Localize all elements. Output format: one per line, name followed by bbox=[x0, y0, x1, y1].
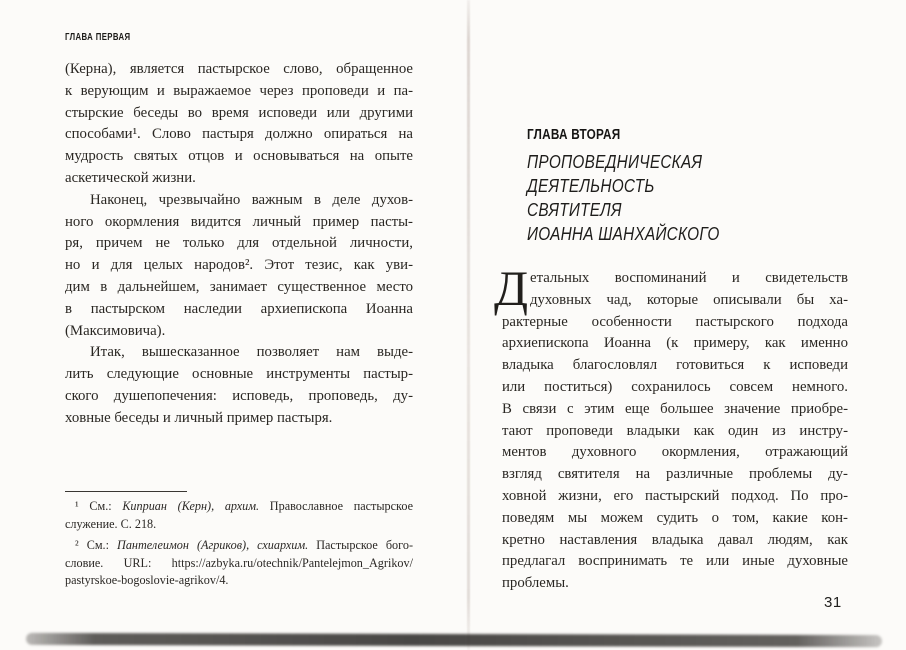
footnote-line: словие. URL: https://azbyka.ru/otechnik/… bbox=[65, 555, 413, 573]
right-page-body: Д етальных воспоминаний и свидетельствду… bbox=[502, 268, 848, 595]
footnote-text: Пастырское бого- bbox=[308, 538, 413, 552]
chapter-title: ПРОПОВЕДНИЧЕСКАЯДЕЯТЕЛЬНОСТЬСВЯТИТЕЛЯИОА… bbox=[527, 150, 848, 246]
footnote-rule bbox=[65, 491, 187, 492]
text-line: предлагал воспринимать те или иные духов… bbox=[502, 551, 848, 573]
text-line: (Максимовича). bbox=[65, 321, 413, 343]
page-gutter-shadow bbox=[467, 0, 470, 650]
chapter-label-text: ГЛАВА ВТОРАЯ bbox=[527, 126, 620, 144]
footnote-line: ² См.: Пантелеимон (Агриков), схиархим. … bbox=[65, 537, 413, 555]
text-line: аскетической жизни. bbox=[65, 168, 413, 190]
text-line: ного окормления видится личный пример па… bbox=[65, 212, 413, 234]
text-line: стырские беседы во время исповеди или др… bbox=[65, 103, 413, 125]
paragraph: Итак, вышесказанное позволяет нам выде-л… bbox=[65, 342, 413, 429]
text-line: лить следующие основные инструменты паст… bbox=[65, 364, 413, 386]
text-line: ховные беседы и личный пример пастыря. bbox=[65, 408, 413, 430]
right-page: ГЛАВА ВТОРАЯ ПРОПОВЕДНИЧЕСКАЯДЕЯТЕЛЬНОСТ… bbox=[502, 120, 848, 595]
left-page-body: (Керна), является пастырское слово, обра… bbox=[65, 59, 413, 430]
footnote-text: ² См.: bbox=[75, 538, 117, 552]
text-line: мудрость святых отцов и основываться на … bbox=[65, 146, 413, 168]
running-head-text: ГЛАВА ПЕРВАЯ bbox=[65, 32, 131, 44]
scan-bottom-edge-shadow bbox=[26, 633, 882, 647]
footnote-line: служение. С. 218. bbox=[65, 516, 413, 534]
text-line: СВЯТИТЕЛЯ bbox=[527, 198, 793, 222]
text-line: ского душепопечения: исповедь, проповедь… bbox=[65, 386, 413, 408]
dropcap-letter: Д bbox=[494, 267, 530, 309]
text-line: духовных чад, которые описывали бы ха- bbox=[530, 290, 848, 312]
text-line: дим в дальнейшем, занимает существенное … bbox=[65, 277, 413, 299]
text-line: но и для целых народов². Этот тезис, как… bbox=[65, 255, 413, 277]
text-line: владыка благословлял готовиться к испове… bbox=[502, 355, 848, 377]
text-line: В связи с этим еще большее значение прио… bbox=[502, 399, 848, 421]
text-line: ховной жизни, его пастырский подход. По … bbox=[502, 486, 848, 508]
footnote-italic-text: Киприан (Керн), архим. bbox=[122, 499, 259, 513]
text-line: кретно наставления владыка давал людям, … bbox=[502, 530, 848, 552]
footnote-text: pastyrskoe-bogoslovie-agrikov/4. bbox=[65, 573, 228, 587]
text-line: архиепископа Иоанна (к примеру, как имен… bbox=[502, 333, 848, 355]
text-line: способами¹. Слово пастыря должно опирать… bbox=[65, 124, 413, 146]
left-page: ГЛАВА ПЕРВАЯ (Керна), является пастырско… bbox=[65, 32, 413, 430]
footnote-line: pastyrskoe-bogoslovie-agrikov/4. bbox=[65, 572, 413, 590]
text-line: или поститься) сохранилось совсем немног… bbox=[502, 377, 848, 399]
text-line: тают проповеди владыки как один из инстр… bbox=[502, 421, 848, 443]
text-line: ПРОПОВЕДНИЧЕСКАЯ bbox=[527, 150, 793, 174]
paragraph: (Керна), является пастырское слово, обра… bbox=[65, 59, 413, 190]
text-line: к верующим и выражаемое через проповеди … bbox=[65, 81, 413, 103]
text-line: рактерные особенности пастырского подход… bbox=[502, 312, 848, 334]
footnote-italic-text: Пантелеимон (Агриков), схиархим. bbox=[117, 538, 308, 552]
chapter-label: ГЛАВА ВТОРАЯ bbox=[527, 126, 848, 144]
footnotes-block: ¹ См.: Киприан (Керн), архим. Православн… bbox=[65, 491, 413, 590]
page-number: 31 bbox=[824, 594, 842, 611]
text-line: проблемы. bbox=[502, 573, 848, 595]
footnote-line: ¹ См.: Киприан (Керн), архим. Православн… bbox=[65, 498, 413, 516]
text-line: Итак, вышесказанное позволяет нам выде- bbox=[65, 342, 413, 364]
text-line: ИОАННА ШАНХАЙСКОГО bbox=[527, 222, 793, 246]
text-line: Наконец, чрезвычайно важным в деле духов… bbox=[65, 190, 413, 212]
text-line: в пастырском наследии архиепископа Иоанн… bbox=[65, 299, 413, 321]
footnote-text: словие. URL: https://azbyka.ru/otechnik/… bbox=[65, 556, 413, 570]
footnote-text: Православное пастырское bbox=[259, 499, 413, 513]
footnote: ² См.: Пантелеимон (Агриков), схиархим. … bbox=[65, 537, 413, 590]
footnote-text: ¹ См.: bbox=[75, 499, 122, 513]
text-line: поведям мы можем судить о том, какие кон… bbox=[502, 508, 848, 530]
footnote: ¹ См.: Киприан (Керн), архим. Православн… bbox=[65, 498, 413, 533]
text-line: ментов духовного окормления, отражающий bbox=[502, 442, 848, 464]
book-spread-scan: ГЛАВА ПЕРВАЯ (Керна), является пастырско… bbox=[0, 0, 906, 650]
paragraph: етальных воспоминаний и свидетельствдухо… bbox=[502, 268, 848, 595]
footnote-text: служение. С. 218. bbox=[65, 517, 156, 531]
text-line: (Керна), является пастырское слово, обра… bbox=[65, 59, 413, 81]
paragraph: Наконец, чрезвычайно важным в деле духов… bbox=[65, 190, 413, 343]
text-line: ДЕЯТЕЛЬНОСТЬ bbox=[527, 174, 793, 198]
text-line: ря, причем не только для отдельной лично… bbox=[65, 233, 413, 255]
running-head: ГЛАВА ПЕРВАЯ bbox=[65, 32, 413, 44]
text-line: взгляд святителя на различные проблемы д… bbox=[502, 464, 848, 486]
text-line: етальных воспоминаний и свидетельств bbox=[530, 268, 848, 290]
